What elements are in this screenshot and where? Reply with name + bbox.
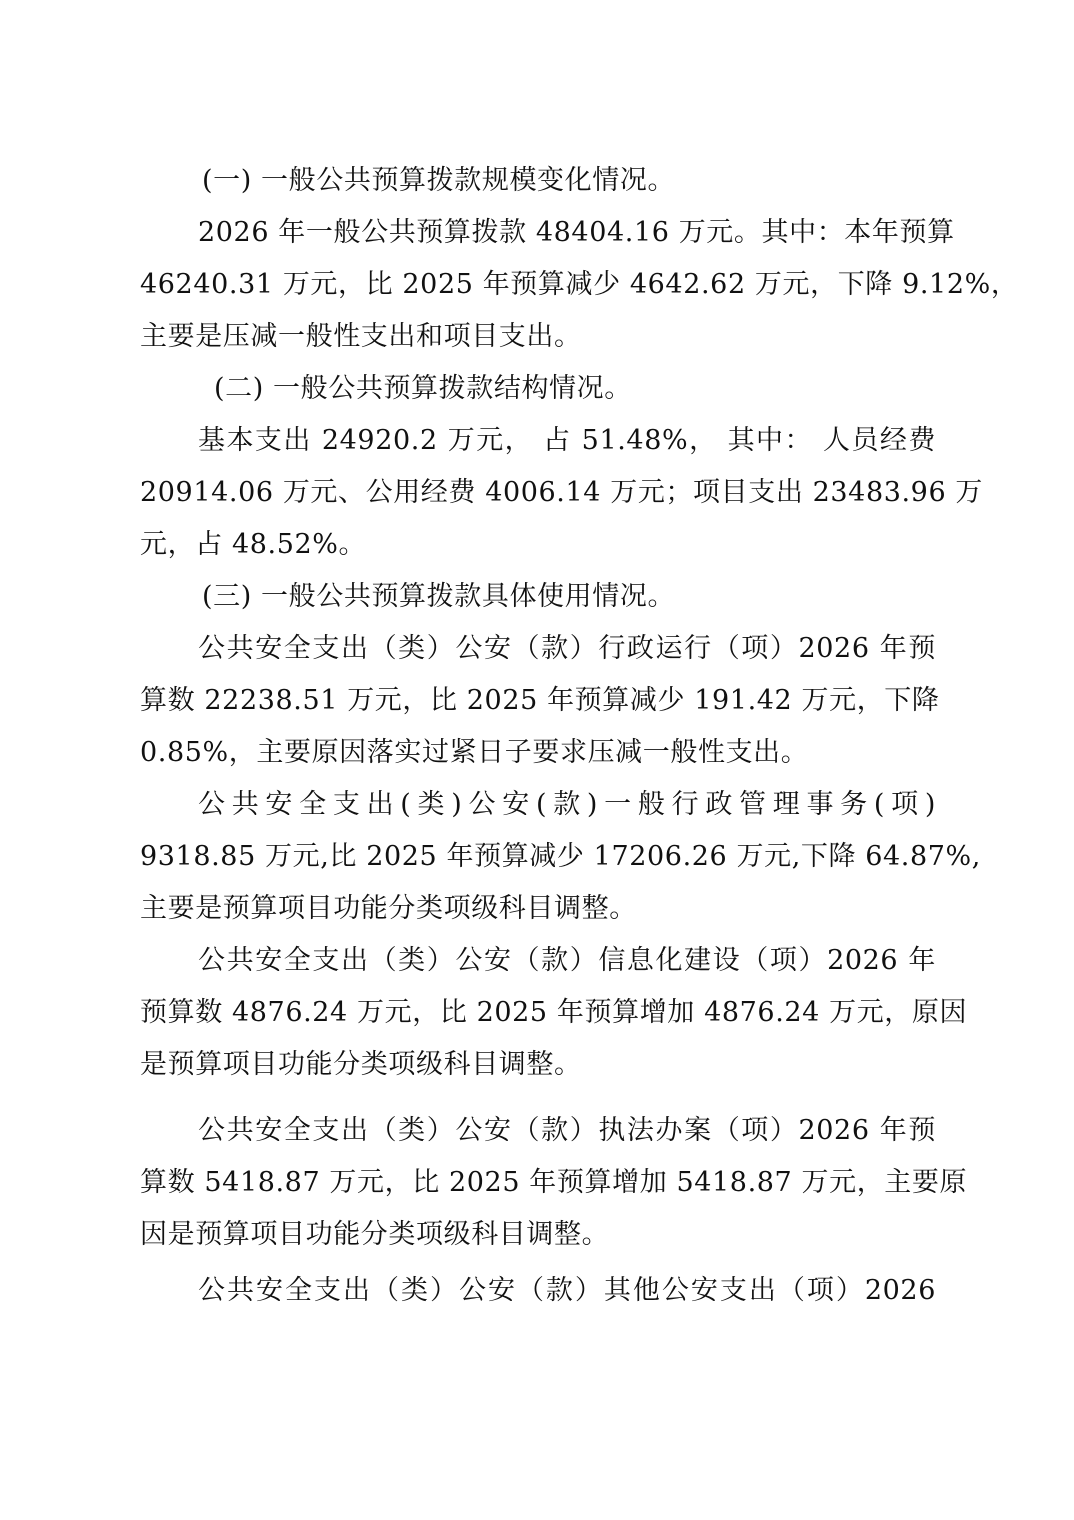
paragraph-line: 主要是预算项目功能分类项级科目调整。: [140, 884, 936, 934]
paragraph-line: 主要是压减一般性支出和项目支出。: [140, 312, 936, 362]
paragraph-line: 因是预算项目功能分类项级科目调整。: [140, 1210, 936, 1260]
paragraph-line: 算数 22238.51 万元，比 2025 年预算减少 191.42 万元，下降: [140, 676, 936, 726]
section-heading-structure: (二) 一般公共预算拨款结构情况。: [140, 364, 1010, 414]
paragraph-line: 9318.85 万元,比 2025 年预算减少 17206.26 万元,下降 6…: [140, 832, 936, 882]
paragraph-line: 公共安全支出（类）公安（款）执法办案（项）2026 年预: [140, 1106, 936, 1156]
paragraph-line: 公共安全支出（类）公安（款）其他公安支出（项）2026: [140, 1266, 936, 1316]
section-heading-usage: (三) 一般公共预算拨款具体使用情况。: [140, 572, 998, 622]
paragraph-line: 2026 年一般公共预算拨款 48404.16 万元。其中：本年预算: [140, 208, 936, 258]
paragraph-line: 0.85%，主要原因落实过紧日子要求压减一般性支出。: [140, 728, 936, 778]
section-heading-scale-change: (一) 一般公共预算拨款规模变化情况。: [140, 156, 998, 206]
paragraph-line: 公共安全支出（类）公安（款）信息化建设（项）2026 年: [140, 936, 936, 986]
paragraph-line: 公共安全支出（类）公安（款）行政运行（项）2026 年预: [140, 624, 936, 674]
paragraph-line: 20914.06 万元、公用经费 4006.14 万元；项目支出 23483.9…: [140, 468, 936, 518]
paragraph-line: 元，占 48.52%。: [140, 520, 936, 570]
paragraph-line: 46240.31 万元，比 2025 年预算减少 4642.62 万元，下降 9…: [140, 260, 936, 310]
paragraph-line: 预算数 4876.24 万元，比 2025 年预算增加 4876.24 万元，原…: [140, 988, 936, 1038]
paragraph-line: 是预算项目功能分类项级科目调整。: [140, 1040, 936, 1090]
paragraph-line: 算数 5418.87 万元，比 2025 年预算增加 5418.87 万元，主要…: [140, 1158, 936, 1208]
paragraph-line: 公共安全支出(类)公安(款)一般行政管理事务(项): [140, 780, 936, 830]
paragraph-line: 基本支出 24920.2 万元， 占 51.48%， 其中： 人员经费: [140, 416, 936, 466]
